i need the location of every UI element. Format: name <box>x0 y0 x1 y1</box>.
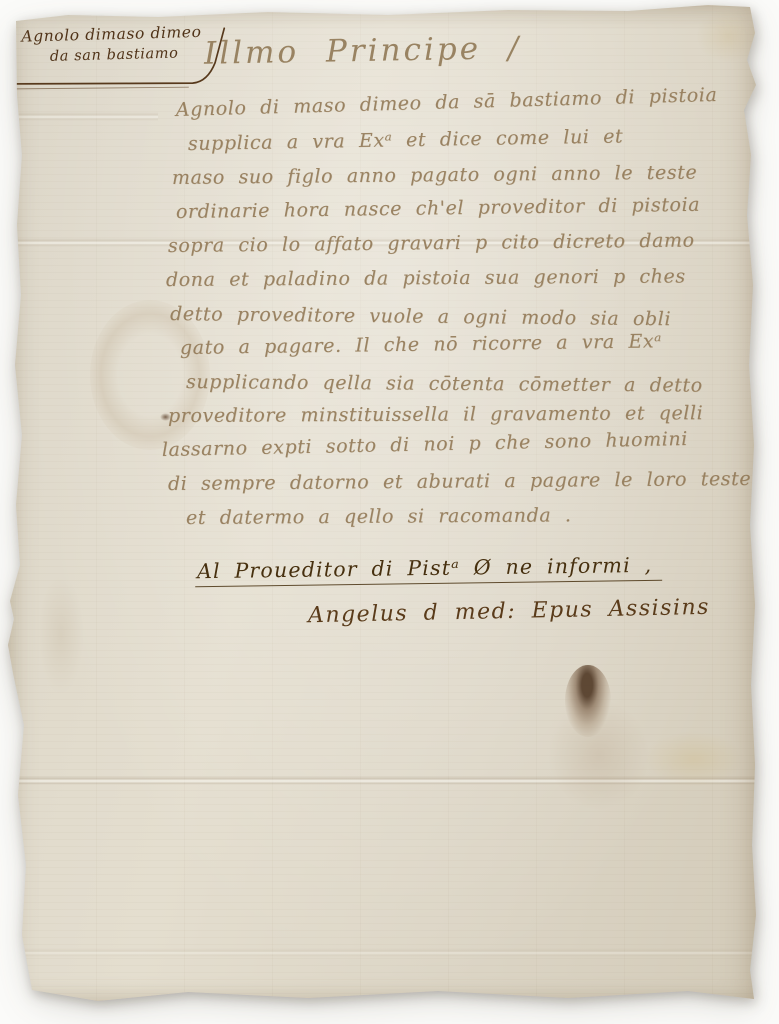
yellow-stain-right <box>644 731 744 787</box>
manuscript-paper-sheet: Agnolo dimaso dimeo da san bastiamo Illm… <box>8 5 760 1008</box>
manuscript-line: et datermo a qello si racomanda . <box>186 503 758 541</box>
fold-crease-bottom <box>8 948 760 957</box>
letter-salutation: Illmo Principe / <box>204 30 522 72</box>
manuscript-line: dona et paladino da pistoia sua genori p… <box>166 265 758 303</box>
signature: Angelus d med: Epus Assisins <box>308 595 710 628</box>
note-underline-flourish <box>7 16 235 100</box>
manuscript-line: gato a pagare. Il che nō ricorre a vra E… <box>180 329 758 371</box>
fold-crease-lower <box>8 776 760 785</box>
referral-rescript-line: Al Proueditor di Pistᵃ Ø ne informi , <box>195 553 663 588</box>
edge-smudge <box>38 575 84 695</box>
manuscript-line: di sempre datorno et aburati a pagare le… <box>168 468 758 507</box>
fold-crease-top-left <box>8 112 158 121</box>
photograph-background: { "document": { "archive_note": { "line1… <box>0 0 779 1024</box>
manuscript-line: ordinarie hora nasce ch'el proveditor di… <box>176 193 758 235</box>
archive-corner-note: Agnolo dimaso dimeo da san bastiamo <box>7 16 235 100</box>
manuscript-line: sopra cio lo affato gravari p cito dicre… <box>168 229 758 269</box>
manuscript-photo: Agnolo dimaso dimeo da san bastiamo Illm… <box>0 0 779 1024</box>
ink-blot-stain <box>565 665 611 737</box>
yellow-stain-top-right <box>696 9 760 63</box>
ink-blot-halo <box>544 695 654 815</box>
letter-body: Agnolo di maso dimeo da sā bastiamo di p… <box>158 99 758 541</box>
